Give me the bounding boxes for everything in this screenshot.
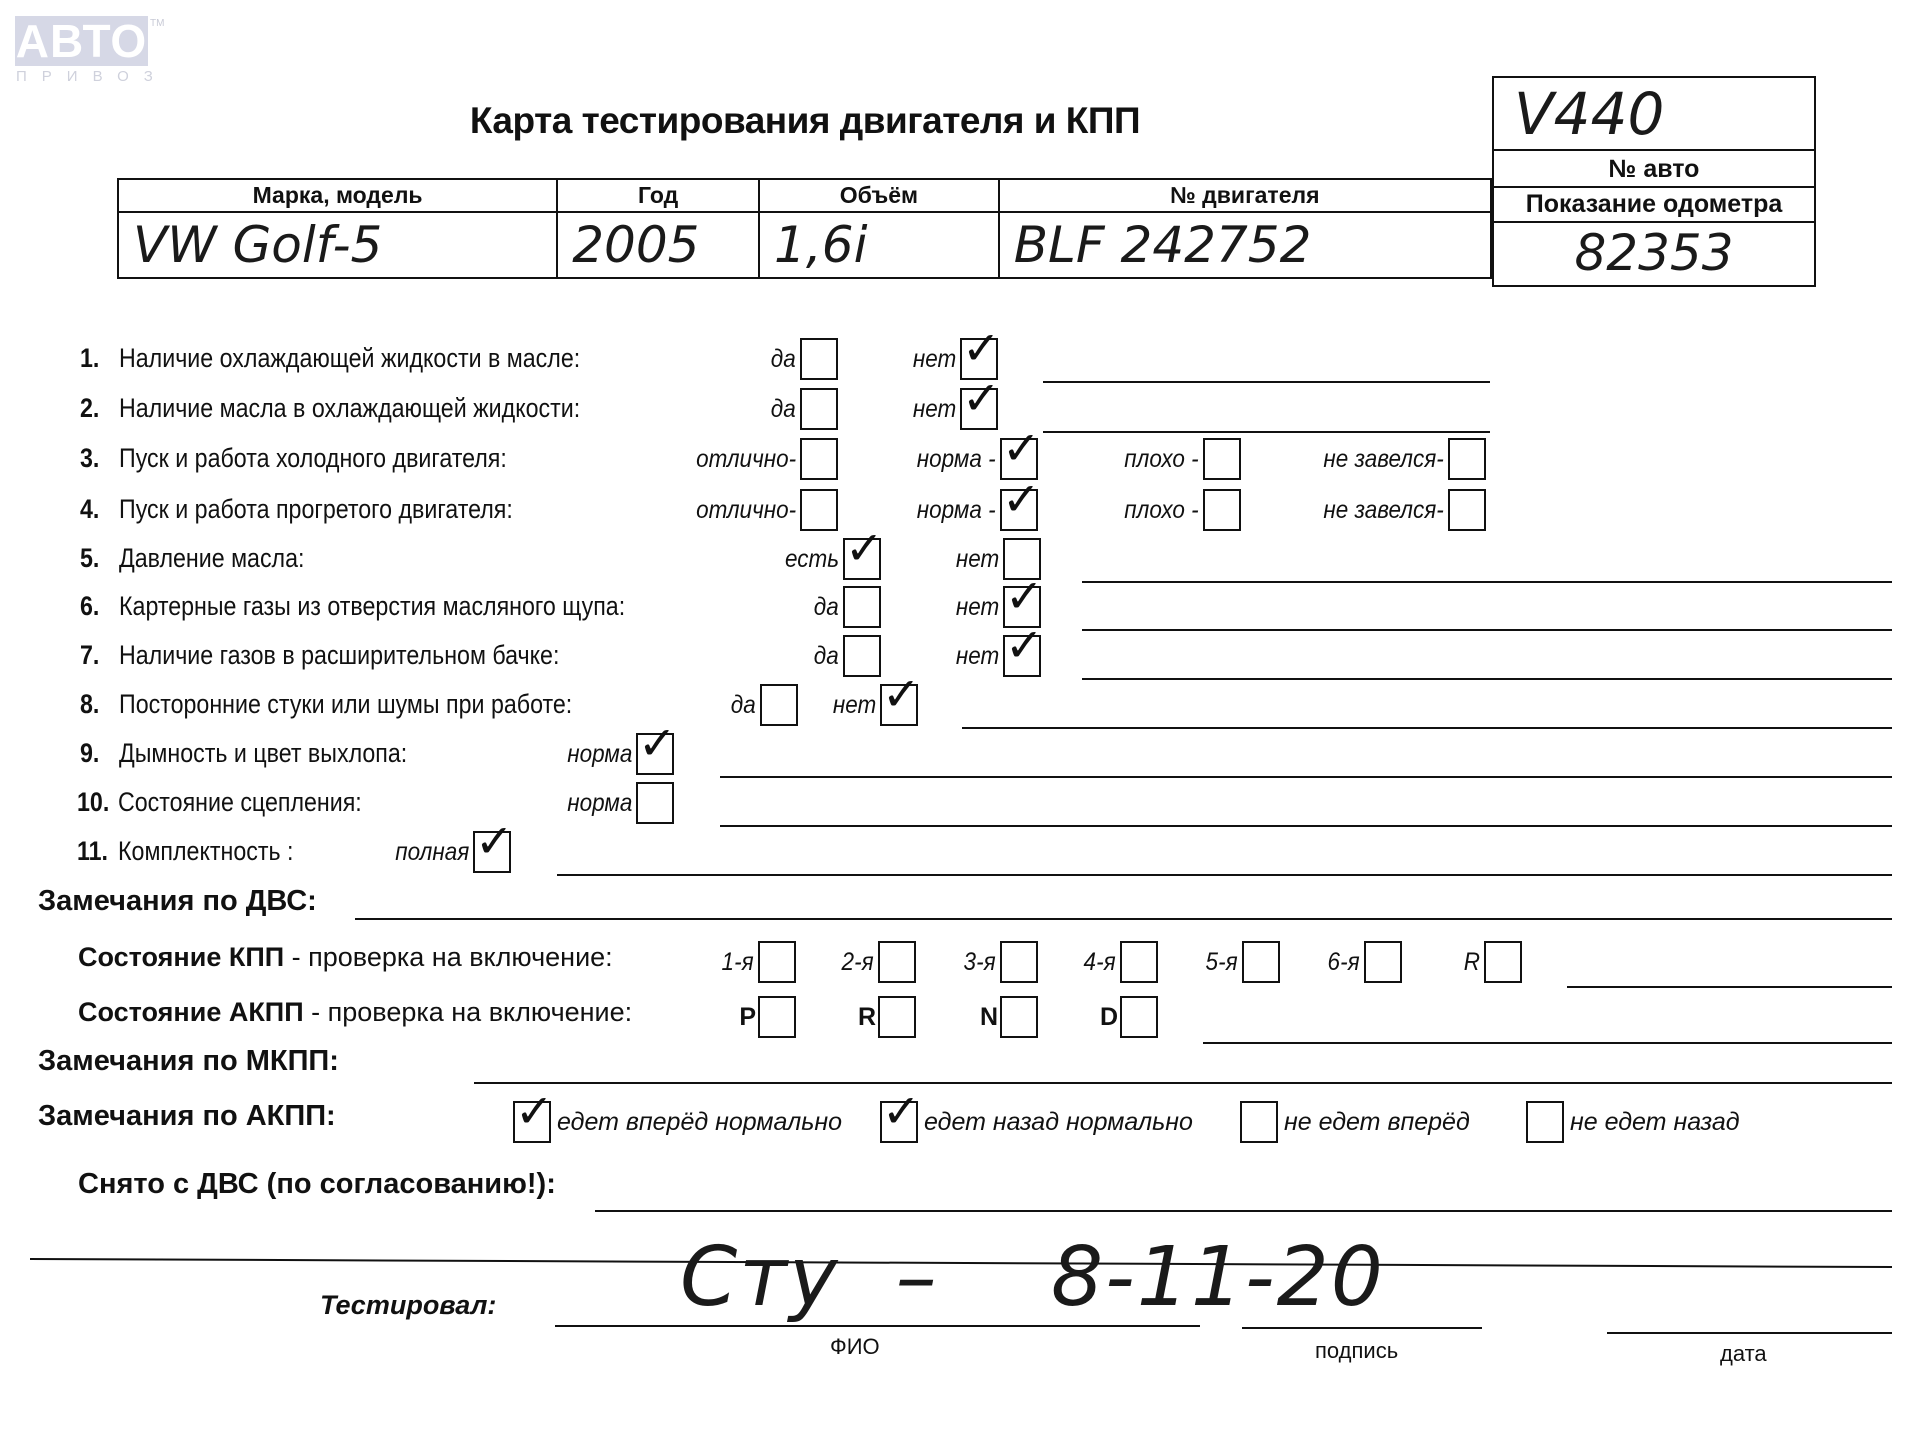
item-notes-line[interactable] <box>1043 431 1490 433</box>
item-number: 4. <box>80 494 99 525</box>
logo-trademark: TM <box>150 18 164 29</box>
item-label: Дымность и цвет выхлопа: <box>119 738 407 769</box>
option-label: не завелся- <box>1324 445 1444 474</box>
remark-checkbox[interactable] <box>1240 1101 1278 1143</box>
manual-gearbox-desc: - проверка на включение: <box>284 942 613 972</box>
item-label: Наличие масла в охлаждающей жидкости: <box>119 393 580 424</box>
date-caption: дата <box>1720 1341 1767 1367</box>
item-number: 5. <box>80 543 99 574</box>
option-label: да <box>814 642 839 671</box>
option-label: отлично- <box>696 496 796 525</box>
remark-option-label: не едет вперёд <box>1284 1108 1470 1137</box>
engine-number-value[interactable]: BLF 242752 <box>999 212 1491 278</box>
make-model-value[interactable]: VW Golf-5 <box>118 212 557 278</box>
item-notes-line[interactable] <box>962 727 1892 729</box>
option-checkbox[interactable] <box>1003 538 1041 580</box>
gear-checkbox[interactable] <box>758 996 796 1038</box>
auto-number-label: № авто <box>1494 153 1814 188</box>
vehicle-info-table: Марка, модель Год Объём № двигателя VW G… <box>117 178 1492 279</box>
option-label: есть <box>785 545 839 574</box>
option-label: да <box>814 593 839 622</box>
name-line[interactable] <box>555 1325 1200 1327</box>
option-checkbox[interactable] <box>843 538 881 580</box>
option-label: нет <box>833 691 876 720</box>
option-checkbox[interactable] <box>636 733 674 775</box>
remark-option-label: едет назад нормально <box>924 1108 1193 1137</box>
gear-label: R <box>1464 948 1480 977</box>
item-label: Состояние сцепления: <box>118 787 362 818</box>
item-number: 8. <box>80 689 99 720</box>
option-label: да <box>731 691 756 720</box>
remark-checkbox[interactable] <box>880 1101 918 1143</box>
item-label: Пуск и работа холодного двигателя: <box>119 443 507 474</box>
item-number: 10. <box>77 787 109 818</box>
odometer-value[interactable]: 82353 <box>1494 223 1814 283</box>
option-label: полная <box>395 838 469 867</box>
option-label: нет <box>956 593 999 622</box>
option-checkbox[interactable] <box>1003 635 1041 677</box>
gear-checkbox[interactable] <box>1484 941 1522 983</box>
volume-value[interactable]: 1,6i <box>759 212 999 278</box>
option-checkbox[interactable] <box>880 684 918 726</box>
gear-label: 3-я <box>964 948 996 977</box>
gear-label: 1-я <box>722 948 754 977</box>
gear-checkbox[interactable] <box>1120 941 1158 983</box>
item-label: Давление масла: <box>119 543 304 574</box>
option-checkbox[interactable] <box>1203 489 1241 531</box>
removed-line[interactable] <box>595 1210 1892 1212</box>
item-number: 1. <box>80 343 99 374</box>
auto-gearbox-label: Состояние АКПП - проверка на включение: <box>78 997 632 1028</box>
option-label: норма - <box>917 496 996 525</box>
logo: АВТО <box>15 16 148 66</box>
header-engine-number: № двигателя <box>999 179 1491 212</box>
option-label: норма <box>567 740 632 769</box>
auto-gearbox-line[interactable] <box>1203 1042 1892 1044</box>
option-checkbox[interactable] <box>800 489 838 531</box>
gear-checkbox[interactable] <box>1364 941 1402 983</box>
item-label: Наличие охлаждающей жидкости в масле: <box>119 343 580 374</box>
gear-checkbox[interactable] <box>1000 941 1038 983</box>
header-year: Год <box>557 179 759 212</box>
remark-checkbox[interactable] <box>1526 1101 1564 1143</box>
option-checkbox[interactable] <box>800 338 838 380</box>
option-checkbox[interactable] <box>960 388 998 430</box>
option-checkbox[interactable] <box>1000 438 1038 480</box>
gear-label: 5-я <box>1206 948 1238 977</box>
logo-subtitle: ПРИВОЗ <box>16 68 168 85</box>
gear-label: R <box>858 1003 876 1032</box>
auto-odometer-box: V440 № авто Показание одометра 82353 <box>1492 76 1816 287</box>
option-checkbox[interactable] <box>1448 438 1486 480</box>
remark-option-label: едет вперёд нормально <box>557 1108 842 1137</box>
page-title: Карта тестирования двигателя и КПП <box>0 100 1610 142</box>
item-notes-line[interactable] <box>1082 629 1892 631</box>
engine-remarks-label: Замечания по ДВС: <box>38 885 317 918</box>
signature-line[interactable] <box>1242 1327 1482 1329</box>
gear-label: D <box>1100 1003 1118 1032</box>
item-label: Комплектность : <box>118 836 293 867</box>
option-checkbox[interactable] <box>960 338 998 380</box>
manual-remarks-line[interactable] <box>474 1082 1892 1084</box>
header-make-model: Марка, модель <box>118 179 557 212</box>
option-checkbox[interactable] <box>800 388 838 430</box>
manual-gearbox-label: Состояние КПП - проверка на включение: <box>78 942 613 973</box>
item-notes-line[interactable] <box>720 825 1892 827</box>
auto-gearbox-desc: - проверка на включение: <box>304 997 633 1027</box>
option-checkbox[interactable] <box>843 586 881 628</box>
item-number: 11. <box>77 836 108 867</box>
tested-by-handwriting[interactable]: Сту – 8-11-20 <box>680 1230 1385 1325</box>
name-caption: ФИО <box>830 1334 880 1360</box>
manual-gearbox-line[interactable] <box>1567 986 1892 988</box>
gear-label: 2-я <box>842 948 874 977</box>
item-notes-line[interactable] <box>720 776 1892 778</box>
item-notes-line[interactable] <box>557 874 1892 876</box>
option-checkbox[interactable] <box>636 782 674 824</box>
auto-gearbox-title: Состояние АКПП <box>78 997 304 1027</box>
option-checkbox[interactable] <box>1203 438 1241 480</box>
remark-option-label: не едет назад <box>1570 1108 1740 1137</box>
option-checkbox[interactable] <box>760 684 798 726</box>
gear-checkbox[interactable] <box>758 941 796 983</box>
date-line[interactable] <box>1607 1332 1892 1334</box>
auto-remarks-label: Замечания по АКПП: <box>38 1100 336 1133</box>
option-label: плохо - <box>1125 445 1199 474</box>
option-label: нет <box>956 545 999 574</box>
manual-remarks-label: Замечания по МКПП: <box>38 1045 339 1078</box>
gear-label: N <box>980 1003 998 1032</box>
option-checkbox[interactable] <box>800 438 838 480</box>
gear-label: P <box>739 1003 756 1032</box>
gear-checkbox[interactable] <box>1120 996 1158 1038</box>
signature-caption: подпись <box>1315 1338 1398 1364</box>
item-number: 9. <box>80 738 99 769</box>
option-label: нет <box>913 395 956 424</box>
item-label: Картерные газы из отверстия масляного щу… <box>119 591 625 622</box>
option-checkbox[interactable] <box>473 831 511 873</box>
engine-remarks-line[interactable] <box>355 918 1892 920</box>
manual-gearbox-title: Состояние КПП <box>78 942 284 972</box>
gear-checkbox[interactable] <box>878 941 916 983</box>
option-label: норма <box>567 789 632 818</box>
item-label: Пуск и работа прогретого двигателя: <box>119 494 513 525</box>
item-number: 3. <box>80 443 99 474</box>
removed-label: Снято с ДВС (по согласованию!): <box>78 1168 556 1201</box>
item-label: Посторонние стуки или шумы при работе: <box>119 689 572 720</box>
item-label: Наличие газов в расширительном бачке: <box>119 640 559 671</box>
option-label: нет <box>956 642 999 671</box>
item-number: 6. <box>80 591 99 622</box>
gear-checkbox[interactable] <box>1000 996 1038 1038</box>
auto-number-value[interactable]: V440 <box>1494 78 1814 151</box>
item-notes-line[interactable] <box>1082 678 1892 680</box>
item-number: 7. <box>80 640 99 671</box>
gear-label: 4-я <box>1084 948 1116 977</box>
option-label: норма - <box>917 445 996 474</box>
gear-label: 6-я <box>1328 948 1360 977</box>
gear-checkbox[interactable] <box>878 996 916 1038</box>
item-notes-line[interactable] <box>1043 381 1490 383</box>
option-checkbox[interactable] <box>1448 489 1486 531</box>
year-value[interactable]: 2005 <box>557 212 759 278</box>
item-notes-line[interactable] <box>1082 581 1892 583</box>
gear-checkbox[interactable] <box>1242 941 1280 983</box>
remark-checkbox[interactable] <box>513 1101 551 1143</box>
header-volume: Объём <box>759 179 999 212</box>
tested-by-label: Тестировал: <box>320 1290 496 1321</box>
option-label: да <box>771 395 796 424</box>
option-label: нет <box>913 345 956 374</box>
odometer-label: Показание одометра <box>1494 188 1814 223</box>
option-checkbox[interactable] <box>1000 489 1038 531</box>
option-label: плохо - <box>1125 496 1199 525</box>
option-checkbox[interactable] <box>1003 586 1041 628</box>
option-checkbox[interactable] <box>843 635 881 677</box>
option-label: да <box>771 345 796 374</box>
option-label: не завелся- <box>1324 496 1444 525</box>
item-number: 2. <box>80 393 99 424</box>
option-label: отлично- <box>696 445 796 474</box>
